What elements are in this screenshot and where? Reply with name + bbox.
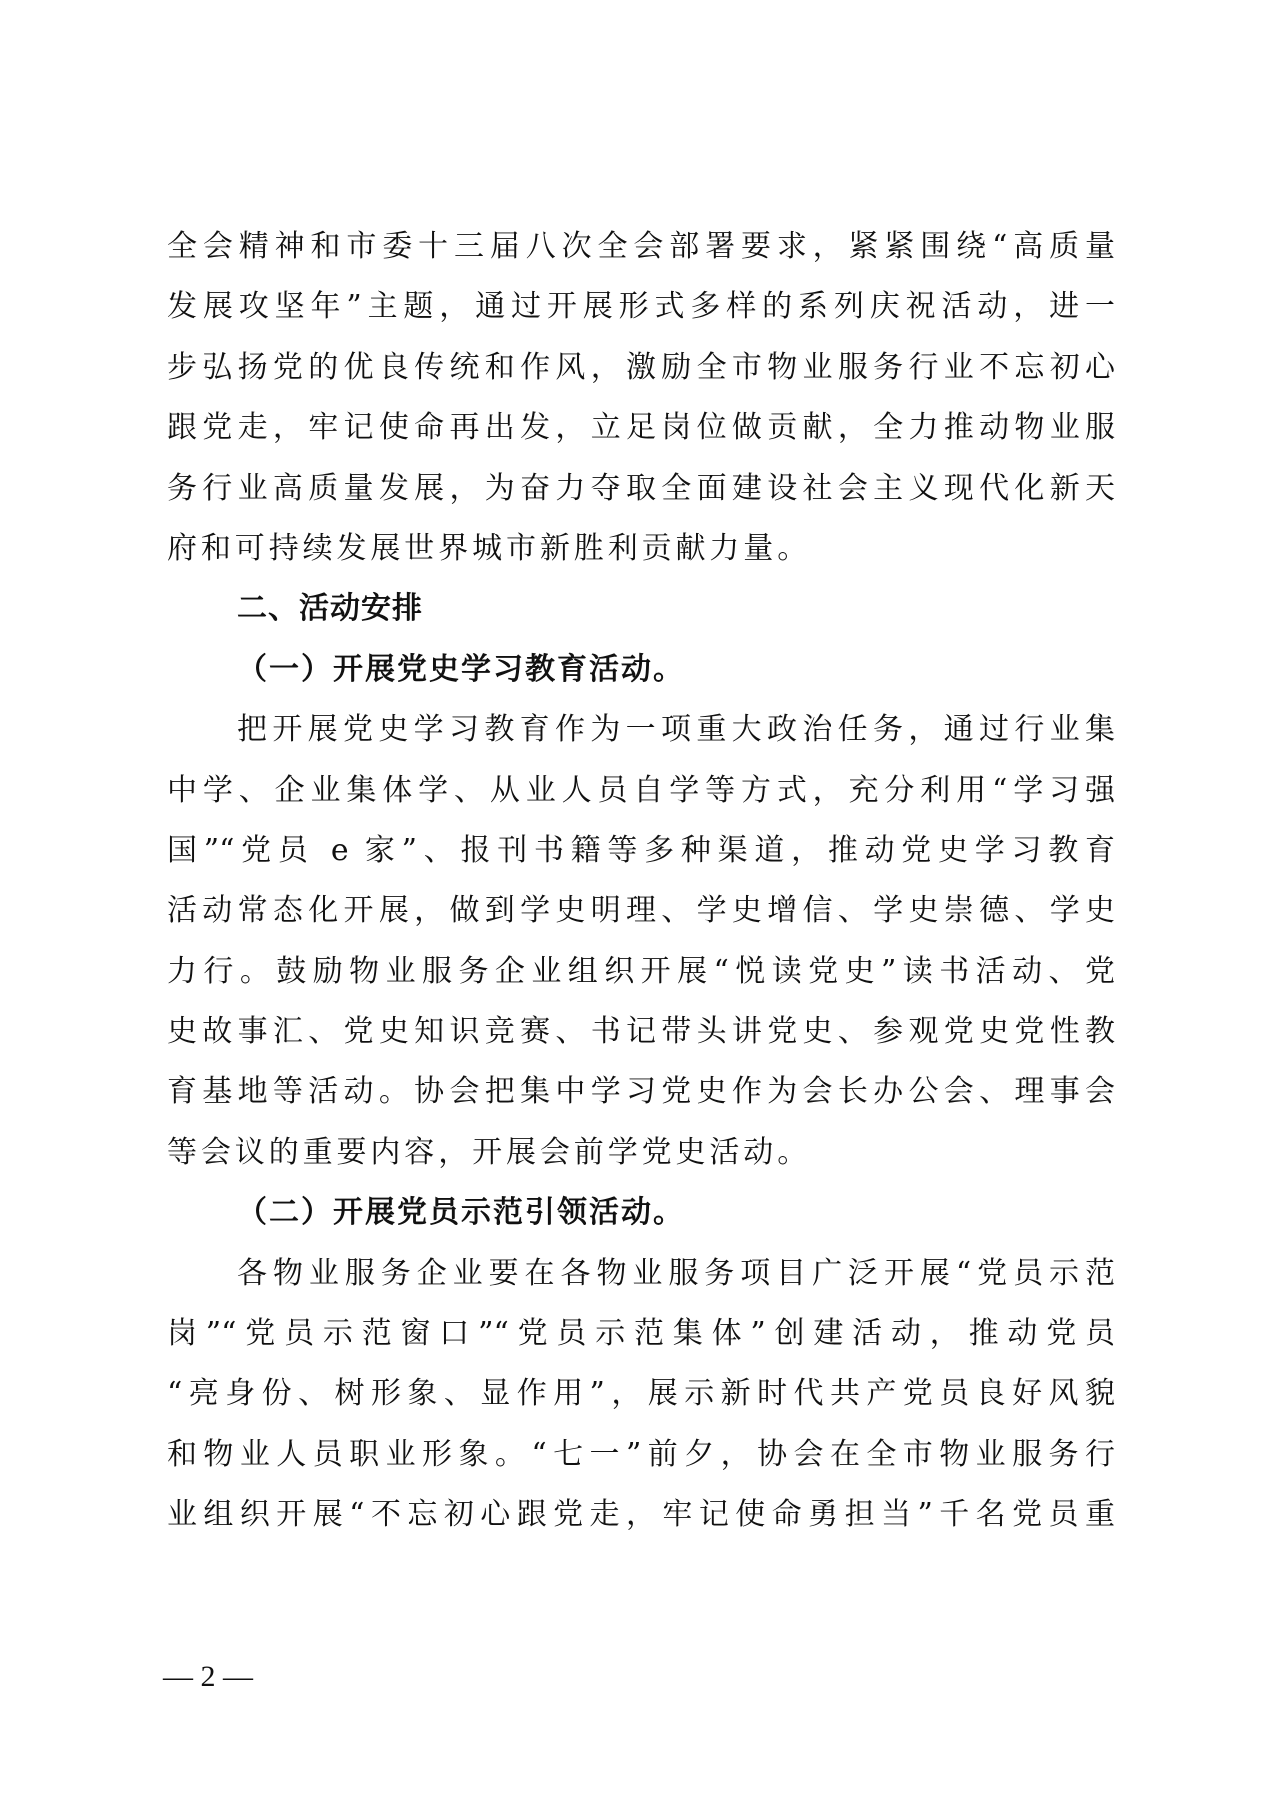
paragraph-line: 国”“党员 e 家”、报刊书籍等多种渠道，推动党史学习教育 bbox=[167, 821, 1115, 881]
paragraph-line: 活动常态化开展，做到学史明理、学史增信、学史崇德、学史 bbox=[167, 881, 1115, 941]
subsection-heading: （二）开展党员示范引领活动。 bbox=[167, 1183, 1115, 1243]
paragraph-line: 发展攻坚年”主题，通过开展形式多样的系列庆祝活动，进一 bbox=[167, 277, 1115, 337]
paragraph-line: 府和可持续发展世界城市新胜利贡献力量。 bbox=[167, 519, 1115, 579]
paragraph-line: 力行。鼓励物业服务企业组织开展“悦读党史”读书活动、党 bbox=[167, 942, 1115, 1002]
paragraph-line: 把开展党史学习教育作为一项重大政治任务，通过行业集 bbox=[167, 700, 1115, 760]
paragraph-line: 业组织开展“不忘初心跟党走，牢记使命勇担当”千名党员重 bbox=[167, 1485, 1115, 1545]
section-heading: 二、活动安排 bbox=[167, 579, 1115, 639]
paragraph-line: 和物业人员职业形象。“七一”前夕，协会在全市物业服务行 bbox=[167, 1425, 1115, 1485]
subsection-heading: （一）开展党史学习教育活动。 bbox=[167, 640, 1115, 700]
paragraph-line: 全会精神和市委十三届八次全会部署要求，紧紧围绕“高质量 bbox=[167, 217, 1115, 277]
paragraph-line: 各物业服务企业要在各物业服务项目广泛开展“党员示范 bbox=[167, 1244, 1115, 1304]
paragraph-line: 育基地等活动。协会把集中学习党史作为会长办公会、理事会 bbox=[167, 1062, 1115, 1122]
document-page: 全会精神和市委十三届八次全会部署要求，紧紧围绕“高质量 发展攻坚年”主题，通过开… bbox=[0, 0, 1280, 1811]
paragraph-line: 史故事汇、党史知识竞赛、书记带头讲党史、参观党史党性教 bbox=[167, 1002, 1115, 1062]
page-number: — 2 — bbox=[163, 1660, 253, 1694]
document-body: 全会精神和市委十三届八次全会部署要求，紧紧围绕“高质量 发展攻坚年”主题，通过开… bbox=[167, 217, 1115, 1546]
paragraph-line: 步弘扬党的优良传统和作风，激励全市物业服务行业不忘初心 bbox=[167, 338, 1115, 398]
paragraph-line: 跟党走，牢记使命再出发，立足岗位做贡献，全力推动物业服 bbox=[167, 398, 1115, 458]
paragraph-line: 务行业高质量发展，为奋力夺取全面建设社会主义现代化新天 bbox=[167, 459, 1115, 519]
paragraph-line: 中学、企业集体学、从业人员自学等方式，充分利用“学习强 bbox=[167, 761, 1115, 821]
paragraph-line: 等会议的重要内容，开展会前学党史活动。 bbox=[167, 1123, 1115, 1183]
paragraph-line: 岗”“党员示范窗口”“党员示范集体”创建活动，推动党员 bbox=[167, 1304, 1115, 1364]
paragraph-line: “亮身份、树形象、显作用”，展示新时代共产党员良好风貌 bbox=[167, 1364, 1115, 1424]
